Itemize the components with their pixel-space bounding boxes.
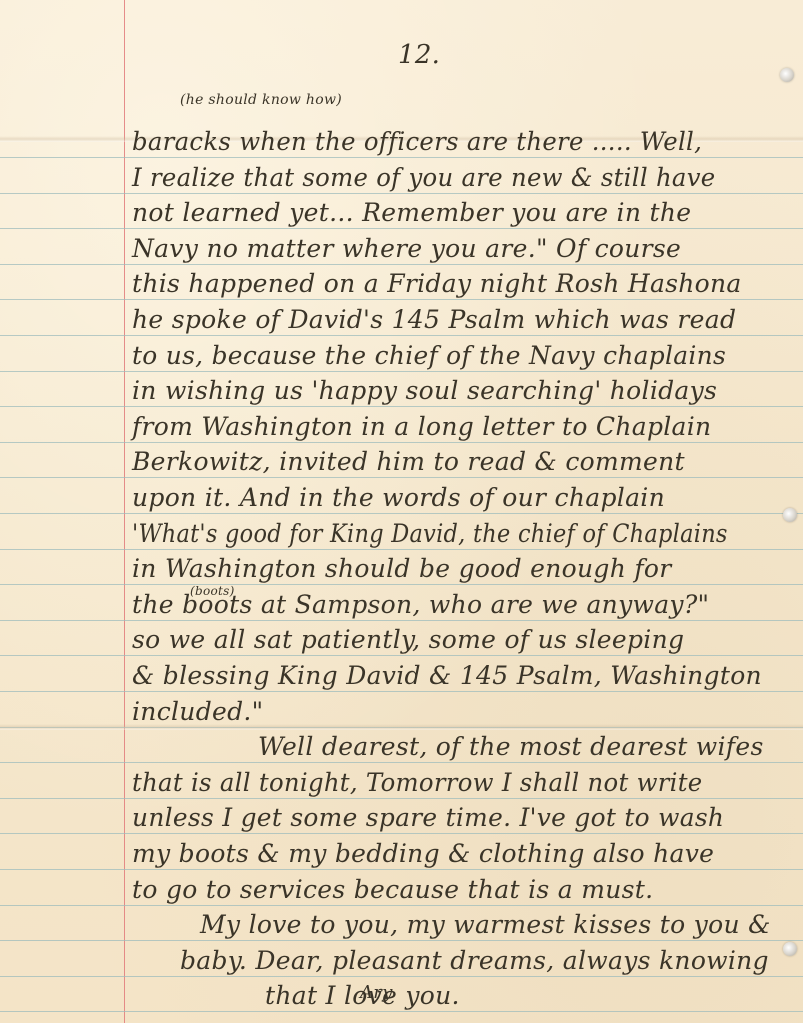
ruled-line xyxy=(0,584,803,585)
letter-line: baracks when the officers are there ....… xyxy=(132,127,702,156)
letter-line: unless I get some spare time. I've got t… xyxy=(132,803,724,832)
signature: Ary xyxy=(360,982,393,1003)
letter-line: in wishing us 'happy soul searching' hol… xyxy=(132,376,717,405)
letter-line: & blessing King David & 145 Psalm, Washi… xyxy=(132,661,762,690)
ruled-line xyxy=(0,620,803,621)
ruled-line xyxy=(0,228,803,229)
letter-line: Berkowitz, invited him to read & comment xyxy=(132,447,685,476)
punch-hole xyxy=(780,68,794,82)
ruled-line xyxy=(0,833,803,834)
ruled-line xyxy=(0,157,803,158)
letter-line: this happened on a Friday night Rosh Has… xyxy=(132,269,742,298)
ruled-line xyxy=(0,976,803,977)
punch-hole xyxy=(783,508,797,522)
letter-line: baby. Dear, pleasant dreams, always know… xyxy=(180,946,769,975)
ruled-line xyxy=(0,940,803,941)
ruled-line xyxy=(0,905,803,906)
ruled-line xyxy=(0,335,803,336)
punch-hole xyxy=(783,942,797,956)
letter-line: My love to you, my warmest kisses to you… xyxy=(200,910,771,939)
page-number: 12. xyxy=(398,40,440,70)
letter-line: to go to services because that is a must… xyxy=(132,875,653,904)
ruled-line xyxy=(0,762,803,763)
ruled-line xyxy=(0,1011,803,1012)
ruled-line xyxy=(0,264,803,265)
ruled-line xyxy=(0,869,803,870)
letter-line: 'What's good for King David, the chief o… xyxy=(132,519,728,548)
letter-line: not learned yet... Remember you are in t… xyxy=(132,198,691,227)
inserted-word: (boots) xyxy=(190,584,235,598)
letter-page: 12. (he should know how) baracks when th… xyxy=(0,0,803,1023)
letter-line: to us, because the chief of the Navy cha… xyxy=(132,341,726,370)
ruled-line xyxy=(0,193,803,194)
letter-line: I realize that some of you are new & sti… xyxy=(132,163,715,192)
ruled-line xyxy=(0,442,803,443)
ruled-line xyxy=(0,798,803,799)
ruled-line xyxy=(0,691,803,692)
ruled-line xyxy=(0,477,803,478)
letter-line: from Washington in a long letter to Chap… xyxy=(132,412,711,441)
letter-line: in Washington should be good enough for xyxy=(132,554,672,583)
insert-note: (he should know how) xyxy=(180,92,342,108)
letter-line: upon it. And in the words of our chaplai… xyxy=(132,483,665,512)
letter-line: Navy no matter where you are." Of course xyxy=(132,234,681,263)
letter-line: included." xyxy=(132,697,263,726)
letter-line: my boots & my bedding & clothing also ha… xyxy=(132,839,714,868)
letter-line: Well dearest, of the most dearest wifes xyxy=(258,732,764,761)
ruled-line xyxy=(0,549,803,550)
letter-line: so we all sat patiently, some of us slee… xyxy=(132,625,684,654)
ruled-line xyxy=(0,299,803,300)
letter-line: he spoke of David's 145 Psalm which was … xyxy=(132,305,736,334)
ruled-line xyxy=(0,655,803,656)
paper-fold xyxy=(0,724,803,730)
ruled-line xyxy=(0,513,803,514)
letter-line: that is all tonight, Tomorrow I shall no… xyxy=(132,768,703,797)
ruled-line xyxy=(0,406,803,407)
ruled-line xyxy=(0,371,803,372)
